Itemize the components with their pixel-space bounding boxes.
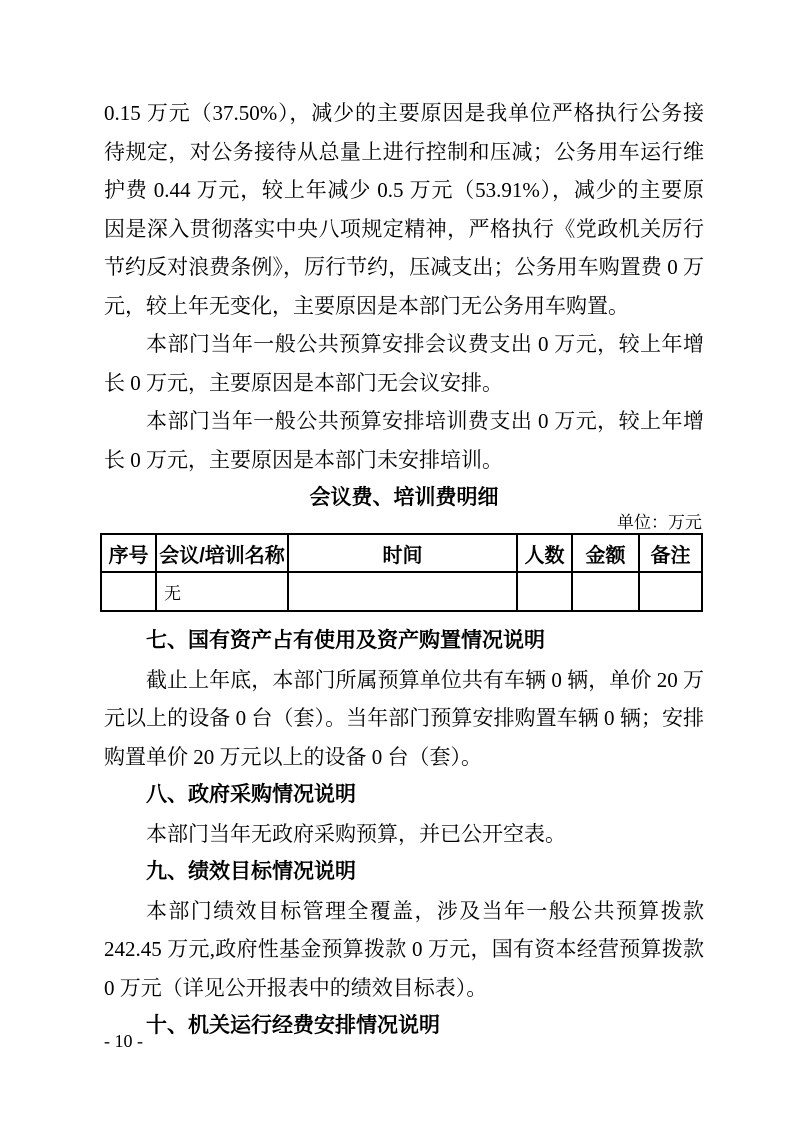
paragraph-state-assets: 截止上年底，本部门所属预算单位共有车辆 0 辆，单价 20 万元以上的设备 0 … [104, 661, 704, 777]
cell-remark [639, 572, 702, 611]
section-heading-7-state-assets: 七、国有资产占有使用及资产购置情况说明 [104, 622, 704, 661]
header-cell-headcount: 人数 [517, 534, 572, 572]
header-cell-seq: 序号 [101, 534, 156, 572]
header-cell-name: 会议/培训名称 [156, 534, 288, 572]
cell-time [288, 572, 517, 611]
paragraph-meeting-expense: 本部门当年一般公共预算安排会议费支出 0 万元，较上年增长 0 万元，主要原因是… [104, 325, 704, 402]
page-number: - 10 - [104, 1030, 143, 1052]
table-title: 会议费、培训费明细 [104, 483, 704, 513]
cell-name: 无 [156, 572, 288, 611]
paragraph-vehicle-reception-expense: 0.15 万元（37.50%），减少的主要原因是我单位严格执行公务接待规定，对公… [104, 94, 704, 325]
paragraph-performance-targets: 本部门绩效目标管理全覆盖，涉及当年一般公共预算拨款 242.45 万元,政府性基… [104, 892, 704, 1008]
section-heading-8-government-procurement: 八、政府采购情况说明 [104, 776, 704, 815]
cell-headcount [517, 572, 572, 611]
table-data-row: 无 [101, 572, 702, 611]
table-header-row: 序号 会议/培训名称 时间 人数 金额 备注 [101, 534, 702, 572]
header-cell-time: 时间 [288, 534, 517, 572]
meeting-training-detail-table: 序号 会议/培训名称 时间 人数 金额 备注 无 [100, 533, 703, 612]
header-cell-amount: 金额 [572, 534, 639, 572]
header-cell-remark: 备注 [639, 534, 702, 572]
unit-note: 单位：万元 [104, 513, 704, 532]
cell-amount [572, 572, 639, 611]
section-heading-10-operating-funds: 十、机关运行经费安排情况说明 [104, 1007, 704, 1046]
cell-seq [101, 572, 156, 611]
document-body: 0.15 万元（37.50%），减少的主要原因是我单位严格执行公务接待规定，对公… [104, 0, 704, 1046]
paragraph-training-expense: 本部门当年一般公共预算安排培训费支出 0 万元，较上年增长 0 万元，主要原因是… [104, 402, 704, 479]
section-heading-9-performance-targets: 九、绩效目标情况说明 [104, 853, 704, 892]
paragraph-government-procurement: 本部门当年无政府采购预算，并已公开空表。 [104, 815, 704, 854]
document-page: 0.15 万元（37.50%），减少的主要原因是我单位严格执行公务接待规定，对公… [0, 0, 793, 1122]
